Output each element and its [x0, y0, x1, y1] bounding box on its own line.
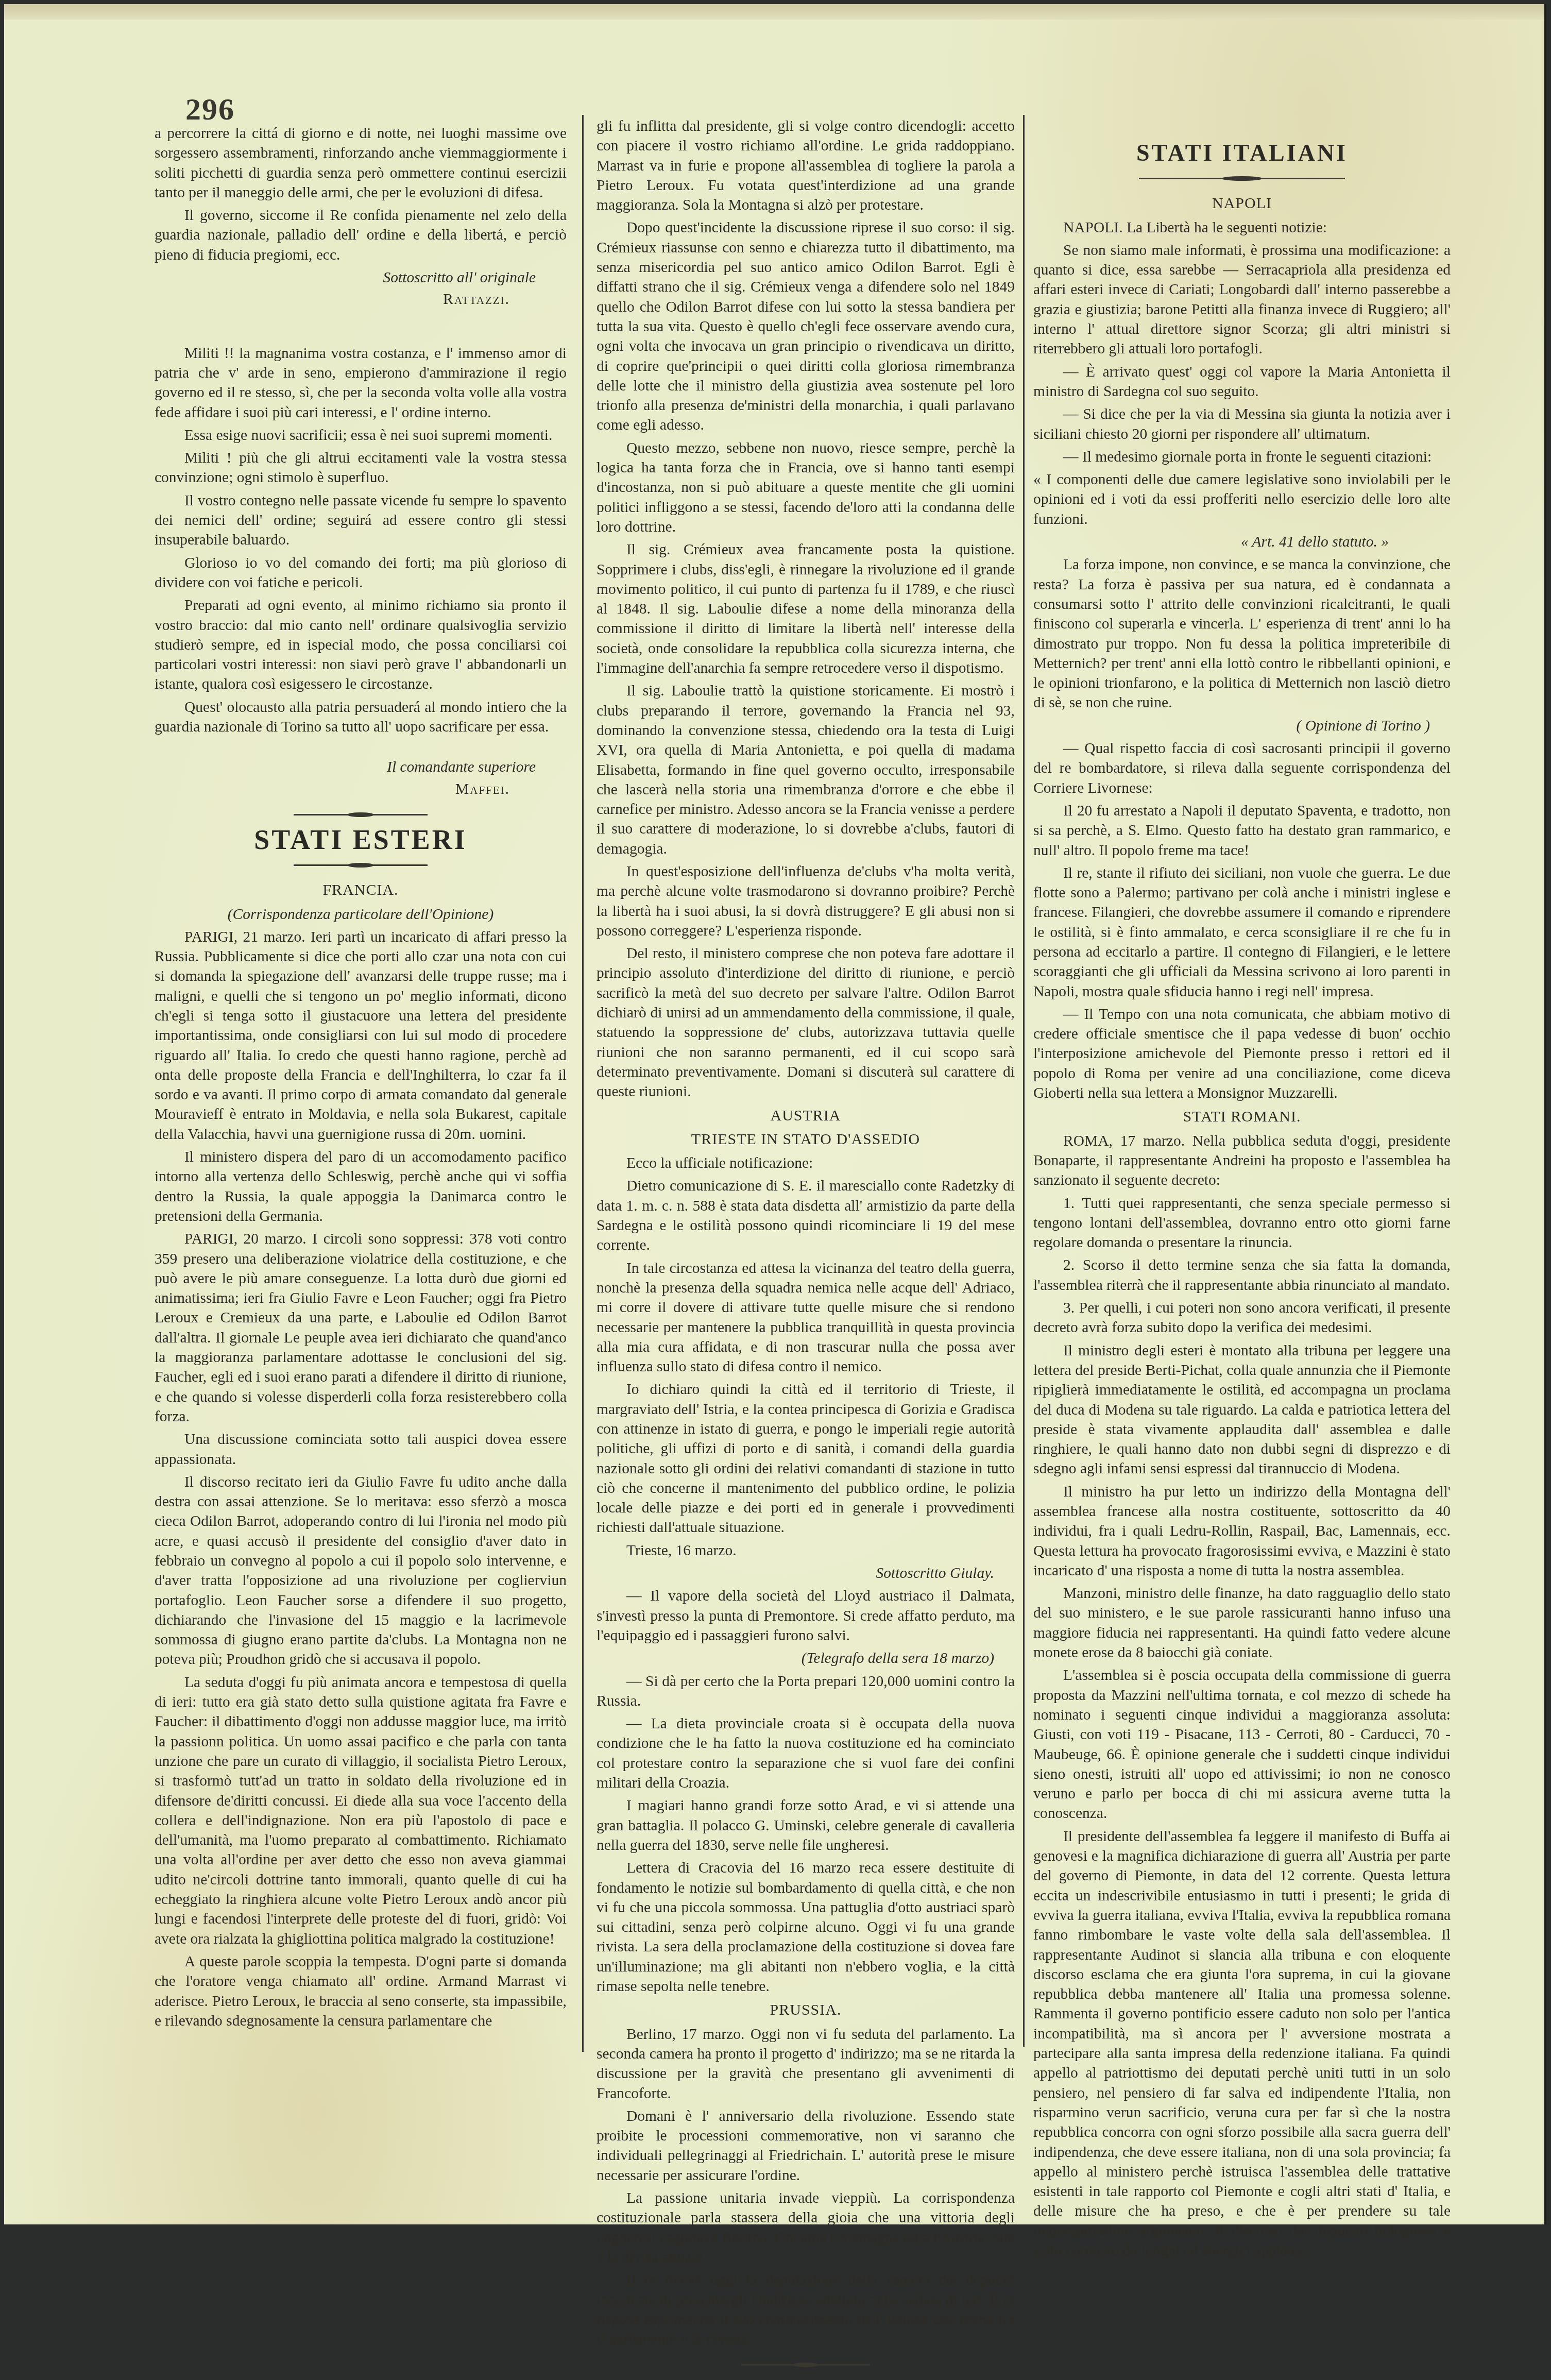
paragraph: Lettera di Cracovia del 16 marzo reca es… — [596, 1858, 1015, 1996]
dateline: Trieste, 16 marzo. — [596, 1541, 1015, 1560]
paragraph: Berlino, 17 marzo. Oggi non vi fu seduta… — [596, 2025, 1015, 2103]
region-heading: NAPOLI — [1033, 194, 1451, 213]
ornament-divider — [294, 862, 428, 868]
paragraph: La passione unitaria invade vieppiù. La … — [596, 2188, 1015, 2228]
paragraph: — Il vapore della società del Lloyd aust… — [596, 1586, 1015, 1645]
paragraph: I magiari hanno grandi forze sotto Arad,… — [596, 1796, 1015, 1855]
country-heading: PRUSSIA. — [596, 2000, 1015, 2020]
column-rule — [582, 115, 584, 2052]
paragraph: Se non siamo male informati, è prossima … — [1033, 241, 1451, 359]
paragraph: Militi !! la magnanima vostra costanza, … — [155, 344, 567, 422]
signature-name: Rattazzi. — [155, 290, 510, 309]
paragraph: PARIGI, 21 marzo. Ieri partì un incarica… — [155, 927, 567, 1144]
country-heading: FRANCIA. — [155, 880, 567, 900]
paragraph: Il ministro ha pur letto un indirizzo de… — [1033, 1482, 1451, 1580]
decree-item: 2. Scorso il detto termine senza che sia… — [1033, 1255, 1451, 1295]
paragraph: Manzoni, ministro delle finanze, ha dato… — [1033, 1584, 1451, 1662]
paragraph: NAPOLI. La Libertà ha le seguenti notizi… — [1033, 218, 1451, 237]
paragraph: Il re, stante il rifiuto dei siciliani, … — [1033, 863, 1451, 1001]
country-heading: AUSTRIA — [596, 1106, 1015, 1126]
paragraph: La forza impone, non convince, e se manc… — [1033, 555, 1451, 712]
paragraph: gli fu inflitta dal presidente, gli si v… — [596, 116, 1015, 215]
paragraph: Il vostro contegno nelle passate vicende… — [155, 491, 567, 550]
paragraph: Il ministero dispera del paro di un acco… — [155, 1147, 567, 1226]
decree-item: 3. Per quelli, i cui poteri non sono anc… — [1033, 1298, 1451, 1338]
region-heading: STATI ROMANI. — [1033, 1107, 1451, 1127]
paragraph: Dietro comunicazione di S. E. il maresci… — [596, 1176, 1015, 1255]
decree-item: 1. Tutti quei rappresentanti, che senza … — [1033, 1194, 1451, 1253]
right-column: STATI ITALIANI NAPOLI NAPOLI. La Libertà… — [1033, 143, 1451, 2228]
paragraph: Io dichiaro quindi la città ed il territ… — [596, 1380, 1015, 1537]
ornament-divider — [294, 811, 428, 818]
paragraph: Questo mezzo, sebbene non nuovo, riesce … — [596, 438, 1015, 537]
page-number: 296 — [185, 92, 235, 127]
paragraph: PARIGI, 20 marzo. I circoli sono soppres… — [155, 1229, 567, 1426]
paragraph: Ecco la ufficiale notificazione: — [596, 1153, 1015, 1173]
paragraph: Il discorso recitato ieri da Giulio Favr… — [155, 1472, 567, 1670]
signature-label: Il comandante superiore — [155, 757, 536, 777]
paragraph: — Il medesimo giornale porta in fronte l… — [1033, 447, 1451, 467]
paragraph: Una discussione cominciata sotto tali au… — [155, 1430, 567, 1469]
paragraph: a percorrere la cittá di giorno e di not… — [155, 124, 567, 202]
paragraph: In tale circostanza ed attesa la vicinan… — [596, 1259, 1015, 1377]
paragraph: Il sig. Crémieux avea francamente posta … — [596, 540, 1015, 678]
page-top-edge — [4, 4, 1544, 20]
paragraph: — Qual rispetto faccia di così sacrosant… — [1033, 739, 1451, 798]
correspondence-note: (Corrispondenza particolare dell'Opinion… — [155, 905, 567, 924]
paragraph: ROMA, 17 marzo. Nella pubblica seduta d'… — [1033, 1131, 1451, 1191]
paragraph: — Si dice che per la via di Messina sia … — [1033, 404, 1451, 444]
paragraph: Il ministro degli esteri è montato alla … — [1033, 1341, 1451, 1479]
signature: Sottoscritto Giulay. — [596, 1563, 994, 1583]
paragraph: A queste parole scoppia la tempesta. D'o… — [155, 1952, 567, 2031]
section-title-stati-esteri: STATI ESTERI — [155, 830, 567, 849]
subheading: TRIESTE IN STATO D'ASSEDIO — [596, 1130, 1015, 1149]
paragraph: Essa esige nuovi sacrificii; essa è nei … — [155, 426, 567, 445]
paragraph: — Si dà per certo che la Porta prepari 1… — [596, 1672, 1015, 1711]
column-rule — [1023, 115, 1025, 2047]
signature-label: Sottoscritto all' originale — [155, 268, 536, 287]
section-title-stati-italiani: STATI ITALIANI — [1033, 143, 1451, 163]
paragraph: Preparati ad ogni evento, al minimo rich… — [155, 596, 567, 694]
source-citation: ( Opinione di Torino ) — [1033, 716, 1430, 736]
statute-reference: « Art. 41 dello statuto. » — [1033, 532, 1389, 552]
left-column: a percorrere la cittá di giorno e di not… — [155, 124, 567, 2034]
paragraph: L'assemblea si è poscia occupata della c… — [1033, 1665, 1451, 1823]
signature-name: Maffei. — [155, 779, 510, 799]
paragraph: In quest'esposizione dell'influenza de'c… — [596, 862, 1015, 941]
source-citation: (Telegrafo della sera 18 marzo) — [596, 1648, 994, 1668]
paragraph: Il governo, siccome il Re confida pienam… — [155, 206, 567, 265]
paragraph: La seduta d'oggi fu più animata ancora e… — [155, 1673, 567, 1949]
paragraph: Glorioso io vo del comando dei forti; ma… — [155, 553, 567, 593]
paragraph: Il 20 fu arrestato a Napoli il deputato … — [1033, 801, 1451, 860]
paragraph: Dopo quest'incidente la discussione ripr… — [596, 218, 1015, 435]
newspaper-page: 296 a percorrere la cittá di giorno e di… — [4, 4, 1546, 2224]
paragraph: Militi ! più che gli altrui eccitamenti … — [155, 448, 567, 488]
paragraph: — Il Tempo con una nota comunicata, che … — [1033, 1005, 1451, 1103]
paragraph: Il sig. Laboulie trattò la quistione sto… — [596, 681, 1015, 859]
paragraph: Il presidente dell'assemblea fa leggere … — [1033, 1827, 1451, 2228]
middle-column: gli fu inflitta dal presidente, gli si v… — [596, 116, 1015, 2228]
paragraph: Domani è l' anniversario della rivoluzio… — [596, 2106, 1015, 2185]
paragraph: — È arrivato quest' oggi col vapore la M… — [1033, 362, 1451, 402]
paragraph: Quest' olocausto alla patria persuaderá … — [155, 698, 567, 737]
quotation: « I componenti delle due camere legislat… — [1033, 470, 1451, 529]
paragraph: Del resto, il ministero comprese che non… — [596, 944, 1015, 1101]
ornament-divider — [1139, 175, 1345, 181]
paragraph: — La dieta provinciale croata si è occup… — [596, 1714, 1015, 1793]
